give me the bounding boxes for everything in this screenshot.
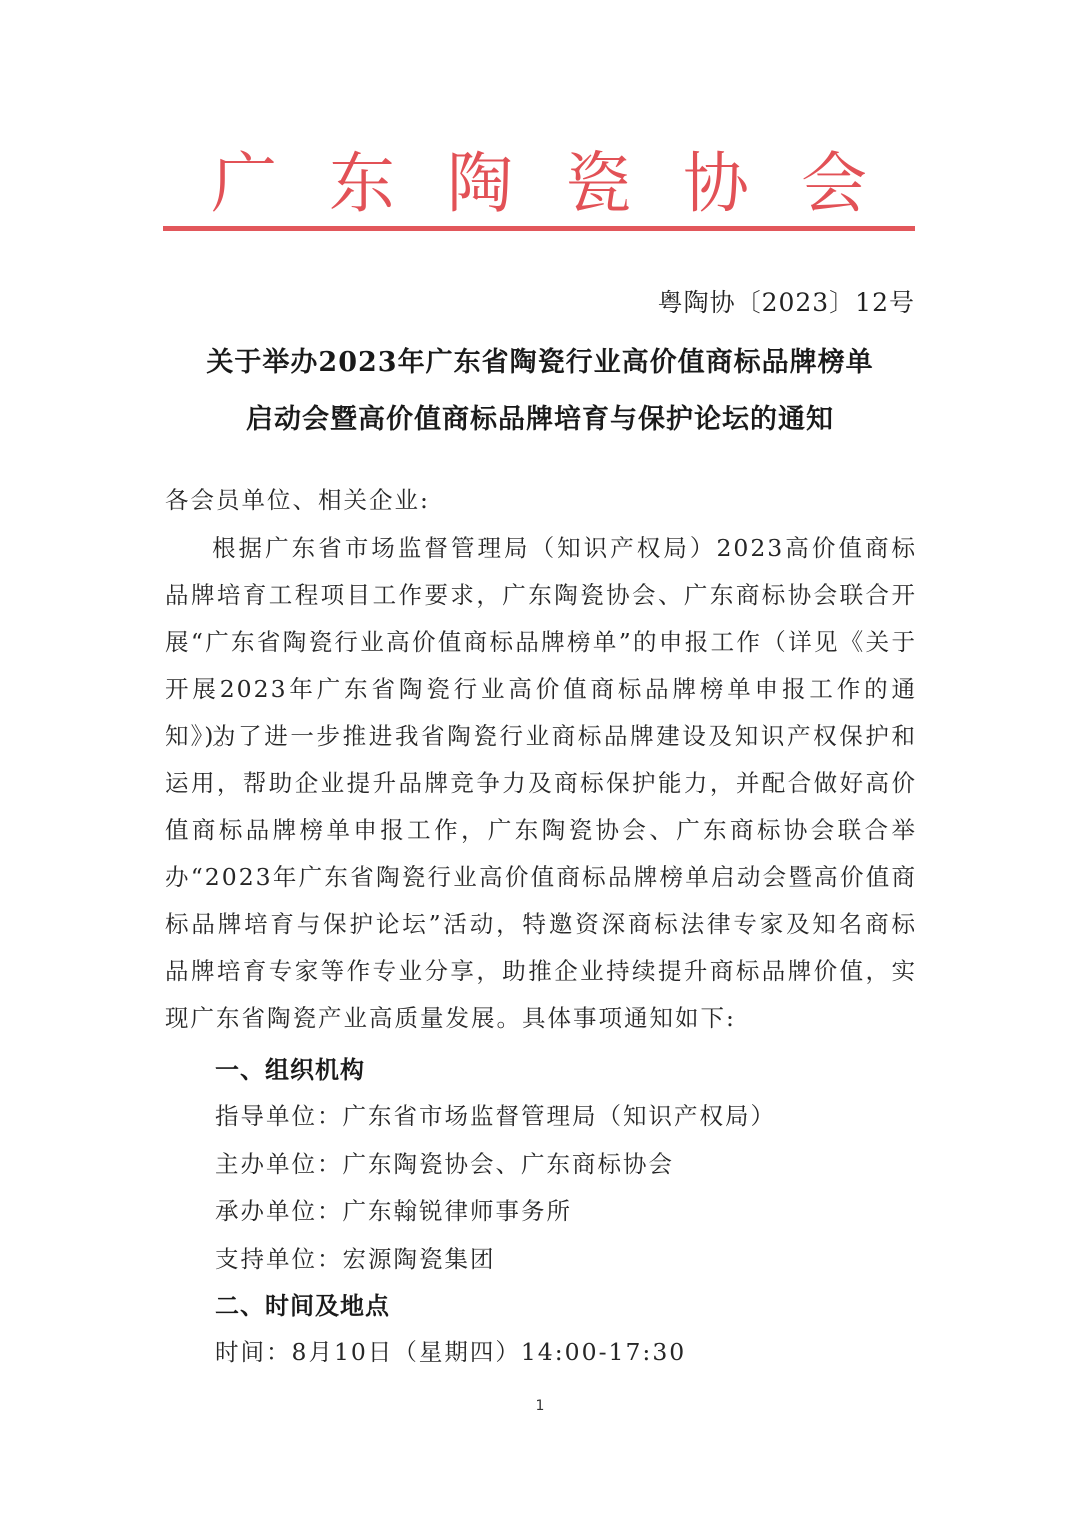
guiding-unit: 指导单位：广东省市场监督管理局（知识产权局）: [215, 1097, 776, 1131]
letterhead: 广 东 陶 瓷 协 会: [163, 148, 915, 220]
letterhead-char: 瓷: [565, 151, 631, 217]
event-time: 时间：8月10日（星期四）14:00-17:30: [215, 1333, 686, 1367]
document-number: 粤陶协〔2023〕12号: [658, 283, 915, 319]
paragraph-2: 为了进一步推进我省陶瓷行业商标品牌建设及知识产权保护和运用，帮助企业提升品牌竞争…: [165, 713, 917, 1042]
letterhead-char: 东: [329, 151, 395, 217]
page-number: 1: [0, 1398, 1080, 1414]
document-title-line-1: 关于举办2023年广东省陶瓷行业高价值商标品牌榜单: [0, 340, 1080, 379]
letterhead-char: 协: [683, 151, 749, 217]
letterhead-char: 陶: [447, 151, 513, 217]
letterhead-divider: [163, 226, 915, 231]
section-heading-organization: 一、组织机构: [215, 1050, 365, 1085]
document-title-line-2: 启动会暨高价值商标品牌培育与保护论坛的通知: [0, 397, 1080, 436]
section-heading-time-location: 二、时间及地点: [215, 1286, 390, 1321]
salutation: 各会员单位、相关企业:: [165, 477, 917, 524]
letterhead-char: 广: [211, 151, 277, 217]
letterhead-char: 会: [801, 151, 867, 217]
supporting-unit: 支持单位：宏源陶瓷集团: [215, 1240, 496, 1274]
host-unit: 主办单位：广东陶瓷协会、广东商标协会: [215, 1145, 674, 1179]
document-page: 广 东 陶 瓷 协 会 粤陶协〔2023〕12号 关于举办2023年广东省陶瓷行…: [0, 0, 1080, 1527]
organizer-unit: 承办单位：广东翰锐律师事务所: [215, 1192, 572, 1226]
